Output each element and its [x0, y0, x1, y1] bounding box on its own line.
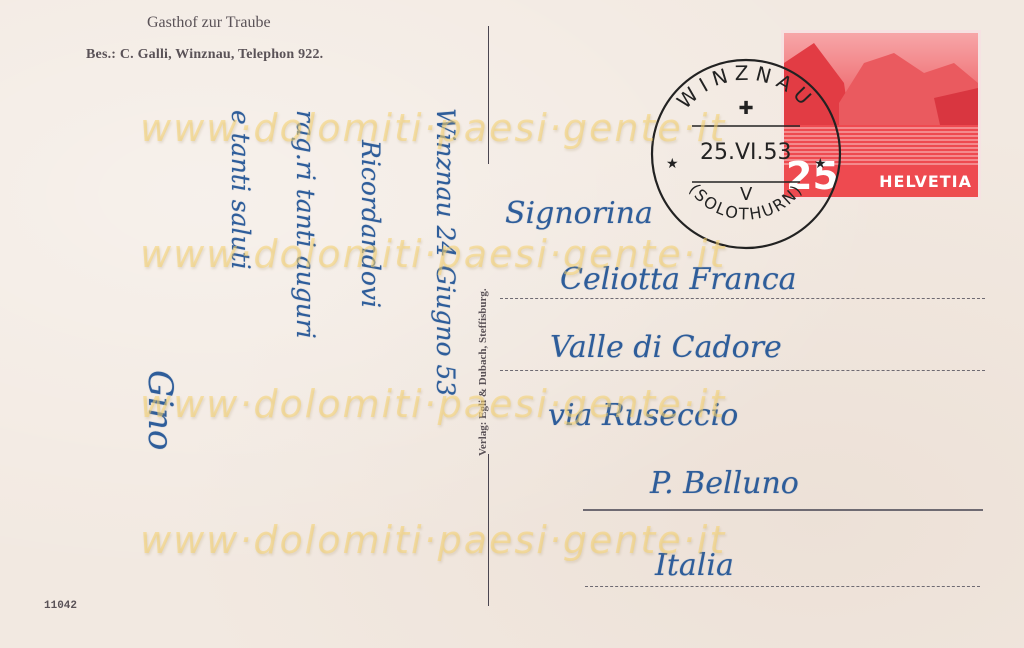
svg-text:★: ★ — [814, 156, 827, 172]
address-line-4: via Ruseccio — [548, 398, 738, 433]
svg-text:✚: ✚ — [738, 98, 753, 119]
message-line-2: Ricordandovi — [356, 140, 385, 308]
address-line-3: Valle di Cadore — [550, 330, 782, 365]
message-line-1: Winznau 24 Giugno 53 — [431, 108, 460, 396]
address-rule-1 — [500, 298, 985, 299]
hotel-name: Gasthof zur Traube — [147, 14, 271, 32]
address-rule-4 — [585, 586, 980, 587]
address-rule-3 — [583, 509, 983, 511]
postmark-letter: V — [740, 184, 752, 205]
message-line-3: rag.ri tanti auguri — [291, 110, 320, 339]
stamp-country: HELVETIA — [879, 172, 972, 191]
watermark-4: www·dolomiti·paesi·gente·it — [140, 518, 726, 562]
address-rule-2 — [500, 370, 985, 371]
message-signature: Gino — [140, 370, 180, 450]
svg-text:★: ★ — [666, 156, 679, 172]
publisher-imprint: Verlag: Egli & Dubach, Steffisburg. — [477, 288, 489, 456]
address-line-5: P. Belluno — [650, 466, 799, 501]
card-number: 11042 — [44, 600, 77, 612]
address-line-6: Italia — [655, 548, 734, 583]
address-line-2: Celiotta Franca — [560, 262, 797, 297]
postcard: Gasthof zur Traube Bes.: C. Galli, Winzn… — [0, 0, 1024, 648]
postmark-date: 25.VI.53 — [700, 140, 792, 165]
address-line-1: Signorina — [505, 196, 653, 231]
message-line-4: e tanti saluti — [226, 110, 255, 270]
center-divider-bottom — [488, 454, 489, 606]
center-divider-top — [488, 26, 489, 164]
hotel-owner-line: Bes.: C. Galli, Winznau, Telephon 922. — [86, 47, 323, 63]
